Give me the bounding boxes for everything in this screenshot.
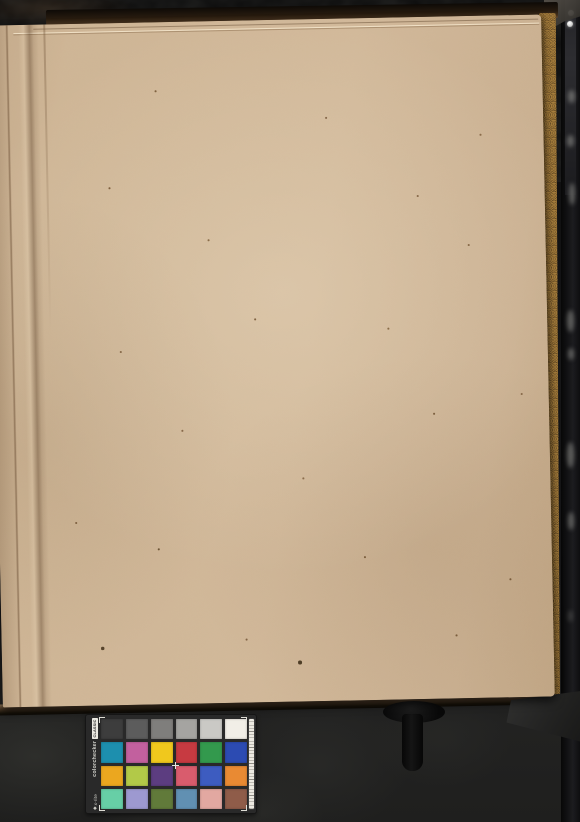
color-patch-magenta [126, 742, 148, 762]
color-patch-foliage [151, 789, 173, 809]
registration-corner-icon [241, 805, 247, 811]
color-patch-cyan [101, 742, 123, 762]
reflection-highlight [567, 135, 574, 147]
registration-cross-icon [172, 762, 179, 769]
color-patch-blue [225, 742, 247, 762]
color-patch-neutral-6-5 [176, 719, 198, 739]
paper-grain-texture [0, 15, 555, 708]
reflection-highlight [569, 183, 575, 205]
reflection-highlight [568, 610, 573, 622]
color-patch-orange-yellow [101, 766, 123, 786]
product-text: colorchecker [92, 741, 98, 777]
color-patch-neutral-3-5 [126, 719, 148, 739]
color-patch-purplish-blue [200, 766, 222, 786]
scan-stage: x-rite colorchecker CLASSIC [0, 0, 580, 822]
color-patch-yellow-green [126, 766, 148, 786]
registration-corner-icon [99, 717, 105, 723]
color-patch-light-skin [200, 789, 222, 809]
bolt-icon [567, 21, 573, 27]
brand-text: x-rite [93, 794, 98, 805]
reflection-highlight [567, 442, 574, 468]
xrite-logo-icon [93, 806, 97, 810]
reflection-highlight [568, 90, 575, 103]
colorchecker-ruler [249, 719, 254, 809]
cradle-knob-stem [402, 714, 423, 771]
colorchecker-target: x-rite colorchecker CLASSIC [86, 715, 256, 813]
xrite-brand: x-rite [93, 794, 98, 810]
blank-book-page [0, 15, 555, 708]
registration-corner-icon [99, 805, 105, 811]
registration-corner-icon [241, 717, 247, 723]
variant-badge: CLASSIC [92, 718, 97, 739]
reflection-highlight [567, 310, 574, 332]
color-patch-green [200, 742, 222, 762]
color-patch-red [176, 742, 198, 762]
color-patch-neutral-5 [151, 719, 173, 739]
color-patch-orange [225, 766, 247, 786]
colorchecker-label-strip: x-rite colorchecker CLASSIC [89, 718, 101, 810]
reflection-highlight [568, 348, 574, 360]
color-patch-purple [151, 766, 173, 786]
reflection-highlight [568, 512, 574, 530]
color-patch-blue-sky [176, 789, 198, 809]
color-patch-blue-flower [126, 789, 148, 809]
color-patch-yellow [151, 742, 173, 762]
color-patch-neutral-8 [200, 719, 222, 739]
